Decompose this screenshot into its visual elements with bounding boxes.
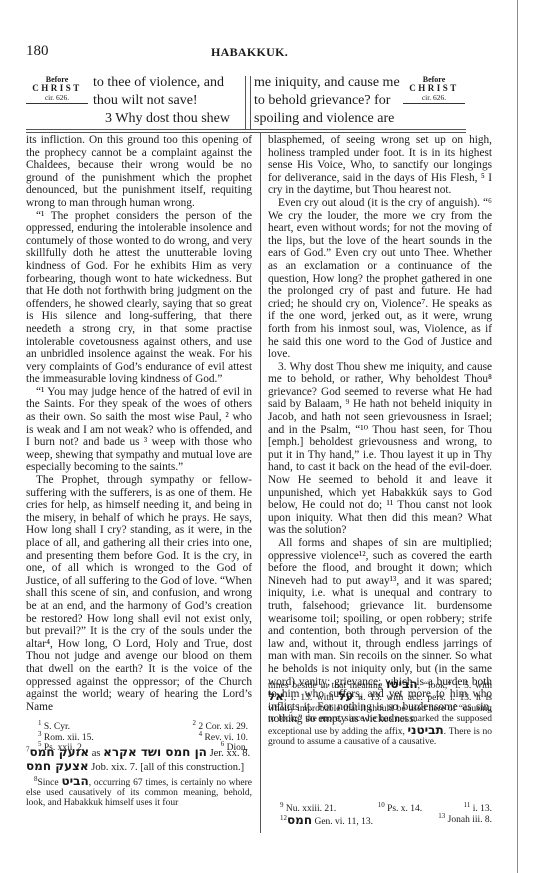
section-rule	[26, 129, 466, 133]
hebrew-text: הביט	[61, 774, 88, 788]
footnote-ref: 3 Rom. xii. 15.	[38, 733, 94, 744]
scripture-verse-right: me iniquity, and cause me to behold grie…	[254, 74, 399, 128]
footnote-refs-right: 9 Nu. xxiii. 21. 10 Ps. x. 14. 11 i. 13.…	[280, 804, 492, 827]
verse-line: thou wilt not save!	[93, 92, 238, 110]
page-edge-line	[517, 0, 518, 873]
commentary-paragraph: its infliction. On this ground too this …	[26, 134, 252, 210]
commentary-paragraph: “¹ The prophet considers the person of t…	[26, 210, 252, 386]
verse-line: to thee of violence, and	[93, 74, 238, 92]
hebrew-text: הביטו	[386, 677, 417, 691]
verse-column-divider	[245, 76, 251, 130]
footnote-text: , “look,” i. 5.	[418, 681, 472, 691]
hebrew-text: הן חמס ושד אקרא	[103, 745, 207, 759]
footnote-ref: 13 Jonah iii. 8.	[438, 815, 492, 828]
verse-line: 3 Why dost thou shew	[93, 110, 238, 128]
commentary-paragraph: 3. Why dost Thou shew me iniquity, and c…	[268, 361, 492, 537]
footnote-text: with	[475, 681, 492, 691]
commentary-right-column: blasphemed, of seeing wrong set up on hi…	[268, 134, 492, 726]
footnote-text: Job. xix. 7. [all of this construction.]	[91, 762, 244, 773]
hebrew-text: אל	[268, 689, 284, 703]
footnote-8-continued: times beside in that meaning הביטו, “loo…	[268, 679, 492, 747]
margin-date-note-left: Before CHRIST cir. 626.	[26, 75, 88, 104]
verse-line: spoiling and violence are	[254, 110, 399, 128]
commentary-paragraph: Even cry out aloud (it is the cry of ang…	[268, 197, 492, 361]
footnote-ref: 10 Ps. x. 14.	[378, 804, 422, 815]
footnote-ref: 12חמס Gen. vi. 11, 13.	[280, 815, 373, 828]
commentary-paragraph: blasphemed, of seeing wrong set up on hi…	[268, 134, 492, 197]
hebrew-text: על	[338, 689, 353, 703]
verse-line: to behold grievance? for	[254, 92, 399, 110]
verse-line: me iniquity, and cause me	[254, 74, 399, 92]
hebrew-text: אצעק חמס	[26, 759, 89, 773]
hebrew-text: אזעק חמס	[30, 745, 90, 759]
footnote-ref: 11 i. 13.	[464, 804, 492, 815]
commentary-left-column: its infliction. On this ground too this …	[26, 134, 252, 713]
footnote-8: 8Since הביט, occurring 67 times, is cert…	[26, 776, 252, 808]
footnote-text: as	[92, 748, 101, 759]
scripture-verse-left: to thee of violence, and thou wilt not s…	[93, 74, 238, 128]
hebrew-text: תביטני	[407, 723, 443, 737]
commentary-paragraph: “¹ You may judge hence of the hatred of …	[26, 386, 252, 474]
margin-cir: cir. 626.	[403, 93, 465, 104]
footnote-text: Jer. xx. 8.	[210, 748, 251, 759]
footnote-text: , occurring 67 times, is certainly no wh…	[26, 778, 252, 808]
running-title: HABAKKUK.	[211, 45, 288, 60]
commentary-paragraph: The Prophet, through sympathy or fellow-…	[26, 474, 252, 713]
page-number: 180	[26, 43, 49, 60]
footnote-text: times beside in that meaning	[268, 681, 382, 691]
book-page: 180 HABAKKUK. Before CHRIST cir. 626. Be…	[0, 0, 551, 873]
margin-christ: CHRIST	[26, 84, 88, 93]
margin-christ: CHRIST	[403, 84, 465, 93]
footnote-text: Since	[38, 778, 59, 788]
hebrew-text: חמס	[287, 813, 312, 827]
footnote-text: , i. 13. with	[284, 693, 334, 703]
footnote-7-hebrew: 7אזעק חמס as הן חמס ושד אקרא Jer. xx. 8.…	[26, 746, 252, 774]
footnote-ref: 1 S. Cyr.	[38, 722, 70, 733]
footnote-text: ii. 13. with acc. pers. i. 13. it	[358, 693, 481, 703]
commentary-column-divider	[260, 133, 261, 833]
margin-cir: cir. 626.	[26, 93, 88, 104]
margin-date-note-right: Before CHRIST cir. 626.	[403, 75, 465, 104]
page-header: 180 HABAKKUK.	[26, 43, 466, 63]
